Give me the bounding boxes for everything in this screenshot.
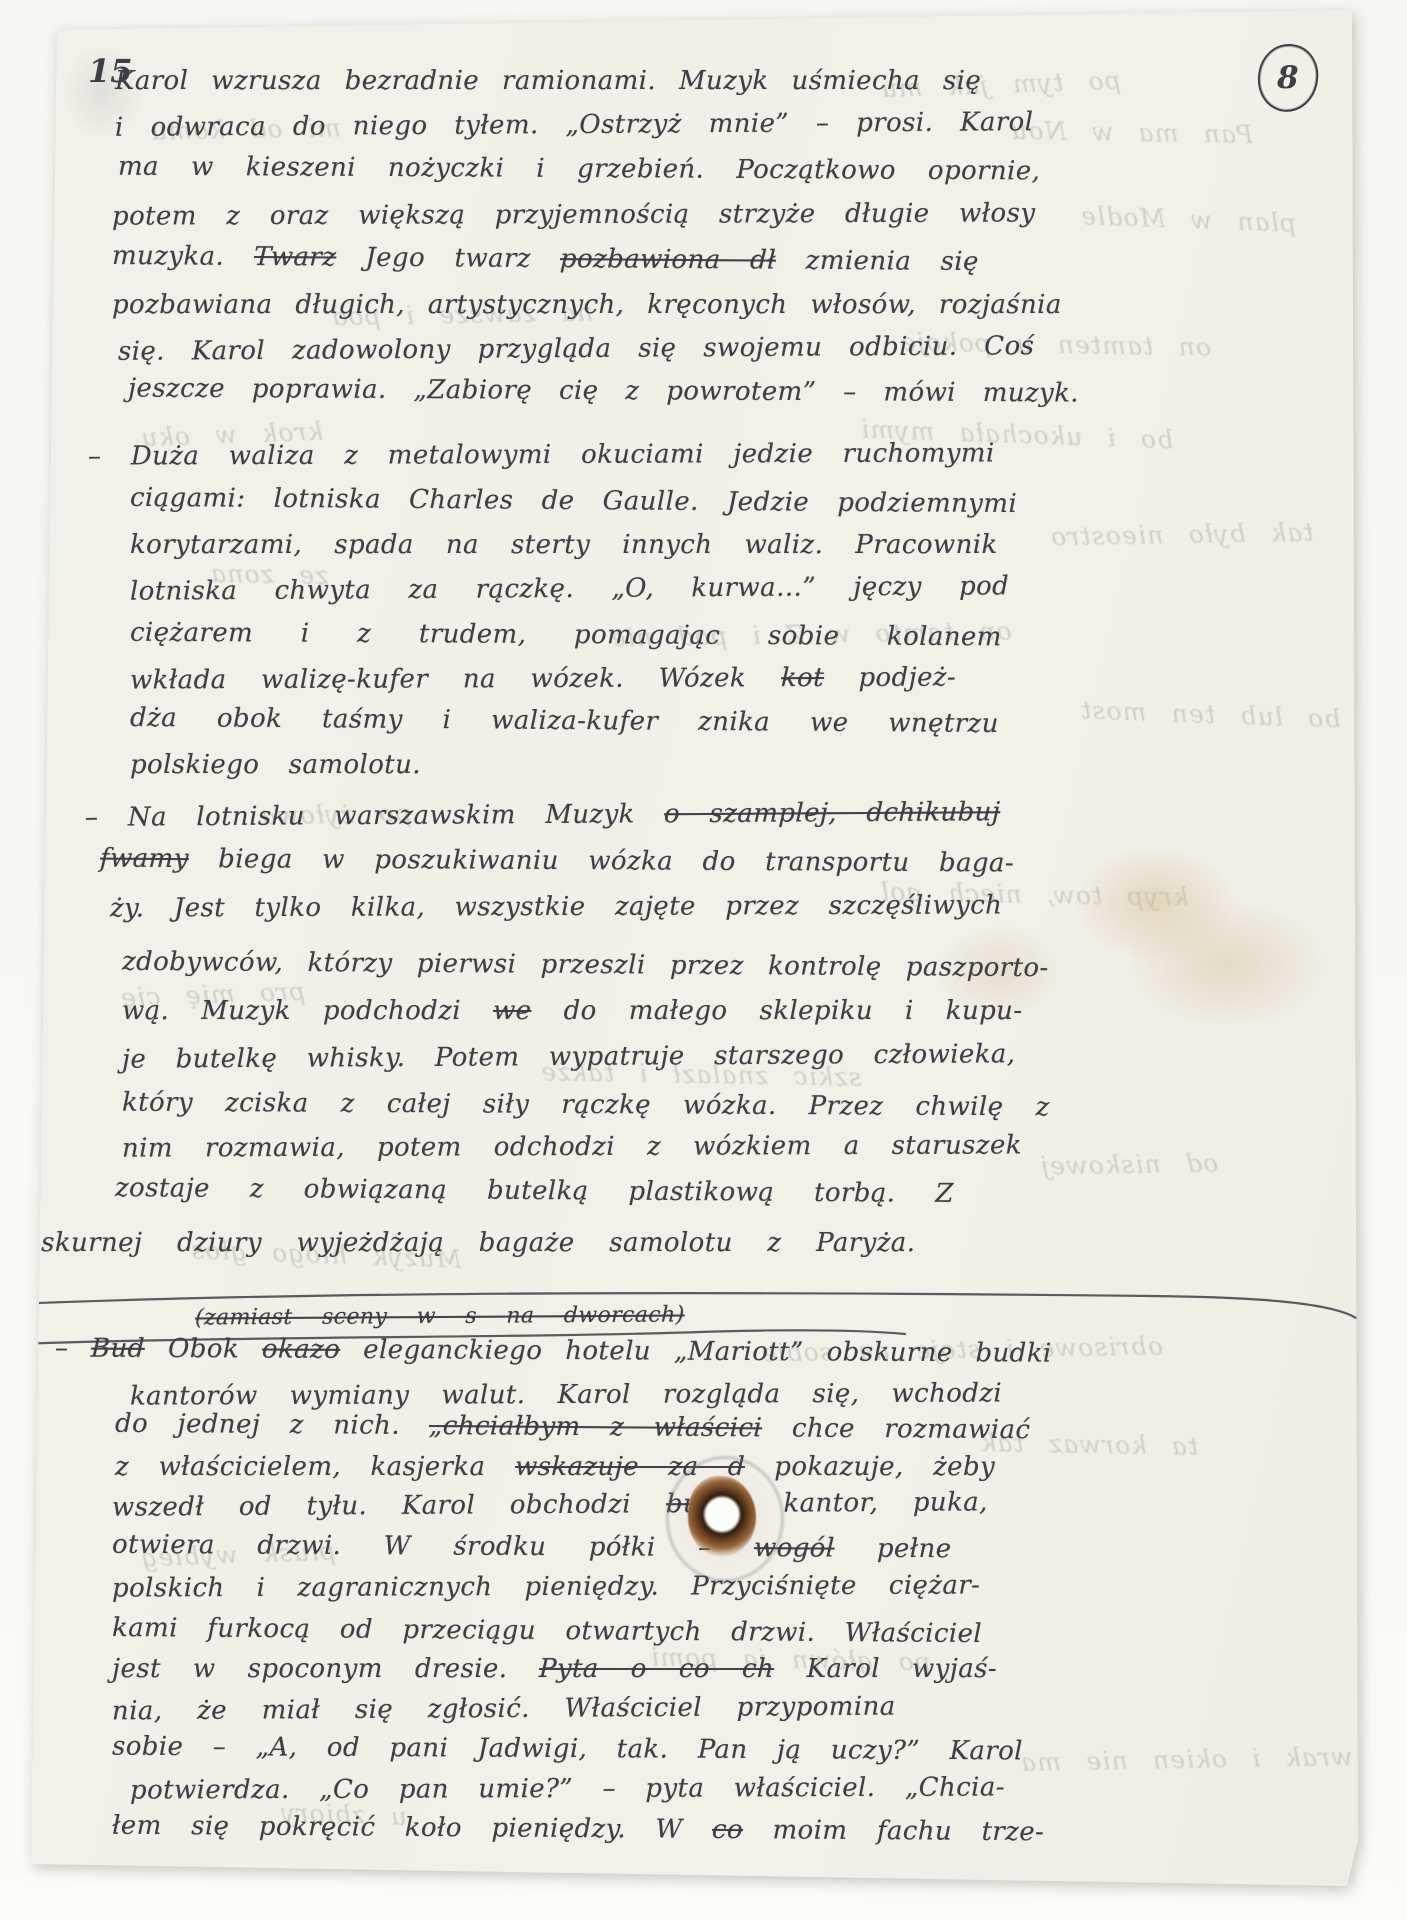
manuscript-line: potem z oraz większą przyjemnością strzy… <box>112 194 1036 235</box>
manuscript-line: kami furkocą od przeciągu otwartych drzw… <box>112 1609 982 1653</box>
manuscript-line: pozbawiana długich, artystycznych, kręco… <box>112 286 1062 324</box>
manuscript-line: jeszcze poprawia. „Zabiorę cię z powrote… <box>128 370 1079 413</box>
manuscript-line: – Duża waliza z metalowymi okuciami jedz… <box>88 434 995 475</box>
manuscript-line: zostaje z obwiązaną butelką plastikową t… <box>115 1169 954 1213</box>
manuscript-line: który zciska z całej siły rączkę wózka. … <box>122 1084 1050 1127</box>
yellow-spot <box>804 0 826 14</box>
manuscript-line: nim rozmawia, potem odchodzi z wózkiem a… <box>122 1126 1022 1167</box>
paper-sheet: po tym jak muPan ma w Noumi od komuplan … <box>0 0 1407 1920</box>
manuscript-lines: Karol wzrusza bezradnie ramionami. Muzyk… <box>0 0 1407 1920</box>
manuscript-line: nia, że miał się zgłosić. Właściciel prz… <box>112 1688 896 1731</box>
manuscript-line: wkłada walizę-kufer na wózek. Wózek kot … <box>130 659 956 700</box>
manuscript-line: polskich i zagranicznych pieniędzy. Przy… <box>112 1566 980 1607</box>
manuscript-line: potwierdza. „Co pan umie?” – pyta właści… <box>130 1768 1005 1809</box>
manuscript-paper: po tym jak muPan ma w Noumi od komuplan … <box>0 0 1407 1920</box>
manuscript-line: (zamiast sceny w s na dworcach) <box>195 1301 685 1334</box>
manuscript-line: dża obok taśmy i waliza-kufer znika we w… <box>130 699 999 743</box>
manuscript-line: fwamy biega w poszukiwaniu wózka do tran… <box>100 840 1014 883</box>
manuscript-line: – Bud Obok okazo eleganckiego hotelu „Ma… <box>55 1329 1052 1372</box>
manuscript-line: je butelkę whisky. Potem wypatruje stars… <box>122 1035 1016 1078</box>
manuscript-line: ciągami: lotniska Charles de Gaulle. Jed… <box>130 479 1017 523</box>
manuscript-line: z właścicielem, kasjerka wskazuje za d p… <box>115 1448 995 1486</box>
manuscript-line: muzyka. Twarz Jego twarz pozbawiona dł z… <box>112 237 979 281</box>
manuscript-line: otwiera drzwi. W środku półki – wogól pe… <box>112 1526 952 1568</box>
manuscript-line: obskurnej dziury wyjeżdżają bagaże samol… <box>8 1224 915 1262</box>
page-number: 8 <box>1277 60 1299 96</box>
manuscript-line: łem się pokręcić koło pieniędzy. W co mo… <box>112 1807 1045 1852</box>
manuscript-line: i odwraca do niego tyłem. „Ostrzyż mnie”… <box>115 103 1034 147</box>
manuscript-line: polskiego samolotu. <box>130 746 421 784</box>
scene-number: 15 <box>88 52 133 90</box>
manuscript-line: ży. Jest tylko kilka, wszystkie zajęte p… <box>110 886 1002 927</box>
manuscript-line: – Na lotnisku warszawskim Muzyk o szampl… <box>85 793 1001 837</box>
manuscript-line: Karol wzrusza bezradnie ramionami. Muzyk… <box>115 62 981 100</box>
manuscript-line: ciężarem i z trudem, pomagając sobie kol… <box>130 614 1002 657</box>
manuscript-line: do jednej z nich. „chciałbym z właścici … <box>115 1405 1031 1449</box>
manuscript-line: jest w spoconym dresie. Pyta o co ch Kar… <box>112 1650 997 1688</box>
manuscript-line: wszedł od tyłu. Karol obchodzi budkę kan… <box>112 1483 988 1526</box>
manuscript-line: wą. Muzyk podchodzi we do małego sklepik… <box>122 992 1022 1030</box>
manuscript-line: korytarzami, spada na sterty innych wali… <box>130 526 998 564</box>
manuscript-line: zdobywców, którzy pierwsi przeszli przez… <box>122 943 1049 987</box>
manuscript-line: lotniska chwyta za rączkę. „O, kurwa…” j… <box>130 567 1009 610</box>
manuscript-line: ma w kieszeni nożyczki i grzebień. Począ… <box>118 148 1040 191</box>
manuscript-line: sobie – „A, od pani Jadwigi, tak. Pan ją… <box>112 1728 1023 1771</box>
manuscript-line: się. Karol zadowolony przygląda się swoj… <box>118 327 1035 371</box>
burn-hole <box>688 1476 756 1556</box>
